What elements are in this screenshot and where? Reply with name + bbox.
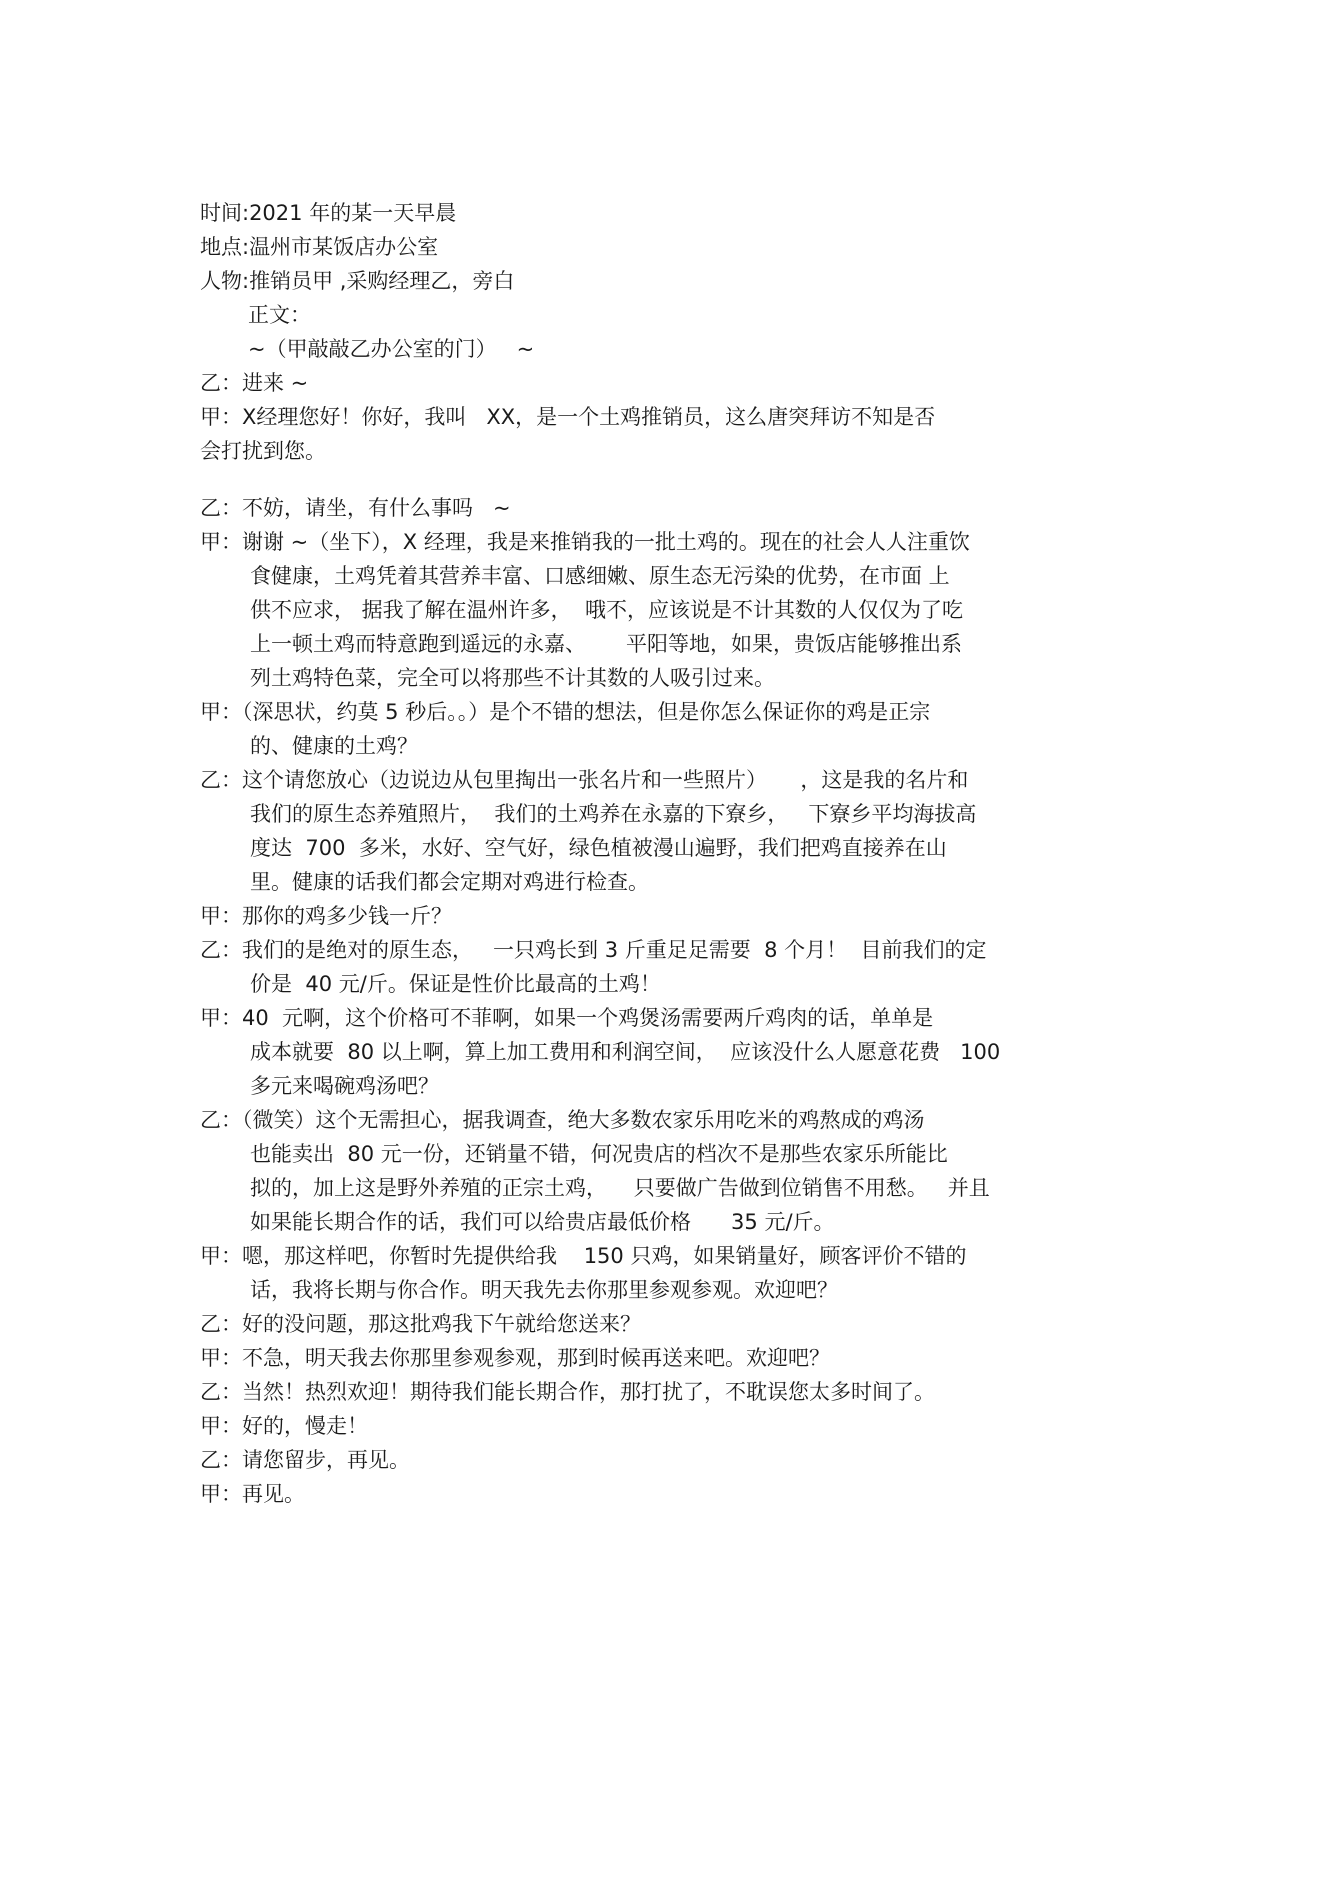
speaker-label: 甲： [200, 1482, 242, 1506]
dialogue-text: 不急，明天我去你那里参观参观，那到时候再送来吧。欢迎吧？ [242, 1346, 830, 1370]
speaker-label: 甲： [200, 1244, 242, 1268]
speaker-label: 乙： [200, 371, 242, 395]
dialogue: 乙：进来 ~甲：X经理您好！你好，我叫 XX，是一个土鸡推销员，这么唐突拜访不知… [200, 366, 1140, 1511]
dialogue-text: （深思状，约莫 5 秒后。。）是个不错的想法，但是你怎么保证你的鸡是正宗 [242, 700, 930, 724]
dialogue-text: 请您留步，再见。 [242, 1448, 410, 1472]
speaker-label: 甲： [200, 1346, 242, 1370]
dialogue-text: 那你的鸡多少钱一斤？ [242, 904, 452, 928]
dialogue-continuation: 也能卖出 80 元一份，还销量不错，何况贵店的档次不是那些农家乐所能比 [200, 1137, 1140, 1171]
dialogue-text: 好的没问题，那这批鸡我下午就给您送来？ [242, 1312, 641, 1336]
speaker-label: 乙： [200, 496, 242, 520]
dialogue-continuation: 我们的原生态养殖照片， 我们的土鸡养在永嘉的下寮乡， 下寮乡平均海拔高 [200, 797, 1140, 831]
dialogue-turn: 甲：再见。 [200, 1477, 1140, 1511]
stage-direction: ~（甲敲敲乙办公室的门） ~ [200, 332, 1140, 366]
dialogue-continuation: 如果能长期合作的话，我们可以给贵店最低价格 35 元/斤。 [200, 1205, 1140, 1239]
dialogue-text: （微笑）这个无需担心，据我调查，绝大多数农家乐用吃米的鸡熬成的鸡汤 [242, 1108, 925, 1132]
dialogue-turn: 甲：（深思状，约莫 5 秒后。。）是个不错的想法，但是你怎么保证你的鸡是正宗 [200, 695, 1140, 729]
dialogue-text: 再见。 [242, 1482, 305, 1506]
dialogue-turn: 甲：谢谢 ~（坐下），X 经理，我是来推销我的一批土鸡的。现在的社会人人注重饮 [200, 525, 1140, 559]
blank-line [200, 468, 1140, 491]
dialogue-continuation: 拟的，加上这是野外养殖的正宗土鸡， 只要做广告做到位销售不用愁。 并且 [200, 1171, 1140, 1205]
dialogue-turn: 乙：不妨，请坐，有什么事吗 ~ [200, 491, 1140, 525]
dialogue-turn: 甲：40 元啊，这个价格可不菲啊，如果一个鸡煲汤需要两斤鸡肉的话，单单是 [200, 1001, 1140, 1035]
dialogue-text: 不妨，请坐，有什么事吗 ~ [242, 496, 511, 520]
speaker-label: 甲： [200, 1006, 242, 1030]
dialogue-turn: 乙：进来 ~ [200, 366, 1140, 400]
dialogue-continuation: 度达 700 多米，水好、空气好，绿色植被漫山遍野，我们把鸡直接养在山 [200, 831, 1140, 865]
dialogue-turn: 乙：请您留步，再见。 [200, 1443, 1140, 1477]
speaker-label: 甲： [200, 405, 242, 429]
speaker-label: 乙： [200, 1312, 242, 1336]
dialogue-text: 进来 ~ [242, 371, 308, 395]
dialogue-continuation: 话，我将长期与你合作。明天我先去你那里参观参观。欢迎吧？ [200, 1273, 1140, 1307]
document-page: 时间:2021 年的某一天早晨 地点:温州市某饭店办公室 人物:推销员甲 ,采购… [200, 196, 1140, 1511]
dialogue-text: 谢谢 ~（坐下），X 经理，我是来推销我的一批土鸡的。现在的社会人人注重饮 [242, 530, 970, 554]
dialogue-turn: 乙：我们的是绝对的原生态， 一只鸡长到 3 斤重足足需要 8 个月！ 目前我们的… [200, 933, 1140, 967]
dialogue-continuation: 上一顿土鸡而特意跑到遥远的永嘉、 平阳等地，如果，贵饭店能够推出系 [200, 627, 1140, 661]
dialogue-continuation: 成本就要 80 以上啊，算上加工费用和利润空间， 应该没什么人愿意花费 100 [200, 1035, 1140, 1069]
dialogue-turn: 甲：那你的鸡多少钱一斤？ [200, 899, 1140, 933]
dialogue-continuation: 里。健康的话我们都会定期对鸡进行检查。 [200, 865, 1140, 899]
speaker-label: 甲： [200, 700, 242, 724]
time-line: 时间:2021 年的某一天早晨 [200, 196, 1140, 230]
speaker-label: 乙： [200, 768, 242, 792]
dialogue-text: 好的，慢走！ [242, 1414, 368, 1438]
place-line: 地点:温州市某饭店办公室 [200, 230, 1140, 264]
dialogue-turn: 甲：好的，慢走！ [200, 1409, 1140, 1443]
speaker-label: 乙： [200, 1448, 242, 1472]
dialogue-turn: 甲：不急，明天我去你那里参观参观，那到时候再送来吧。欢迎吧？ [200, 1341, 1140, 1375]
dialogue-continuation: 会打扰到您。 [200, 434, 1140, 468]
characters-line: 人物:推销员甲 ,采购经理乙，旁白 [200, 264, 1140, 298]
dialogue-continuation: 价是 40 元/斤。保证是性价比最高的土鸡！ [200, 967, 1140, 1001]
dialogue-text: 嗯，那这样吧，你暂时先提供给我 150 只鸡，如果销量好，顾客评价不错的 [242, 1244, 966, 1268]
dialogue-continuation: 的、健康的土鸡？ [200, 729, 1140, 763]
speaker-label: 乙： [200, 1108, 242, 1132]
dialogue-turn: 乙：当然！热烈欢迎！期待我们能长期合作，那打扰了，不耽误您太多时间了。 [200, 1375, 1140, 1409]
speaker-label: 甲： [200, 530, 242, 554]
speaker-label: 乙： [200, 938, 242, 962]
dialogue-text: 这个请您放心（边说边从包里掏出一张名片和一些照片） ，这是我的名片和 [242, 768, 968, 792]
dialogue-continuation: 供不应求， 据我了解在温州许多， 哦不，应该说是不计其数的人仅仅为了吃 [200, 593, 1140, 627]
dialogue-text: 我们的是绝对的原生态， 一只鸡长到 3 斤重足足需要 8 个月！ 目前我们的定 [242, 938, 986, 962]
dialogue-turn: 乙：这个请您放心（边说边从包里掏出一张名片和一些照片） ，这是我的名片和 [200, 763, 1140, 797]
speaker-label: 甲： [200, 1414, 242, 1438]
dialogue-turn: 甲：嗯，那这样吧，你暂时先提供给我 150 只鸡，如果销量好，顾客评价不错的 [200, 1239, 1140, 1273]
dialogue-turn: 乙：好的没问题，那这批鸡我下午就给您送来？ [200, 1307, 1140, 1341]
dialogue-continuation: 食健康，土鸡凭着其营养丰富、口感细嫩、原生态无污染的优势，在市面 上 [200, 559, 1140, 593]
speaker-label: 乙： [200, 1380, 242, 1404]
dialogue-turn: 乙：（微笑）这个无需担心，据我调查，绝大多数农家乐用吃米的鸡熬成的鸡汤 [200, 1103, 1140, 1137]
dialogue-turn: 甲：X经理您好！你好，我叫 XX，是一个土鸡推销员，这么唐突拜访不知是否 [200, 400, 1140, 434]
dialogue-text: 40 元啊，这个价格可不菲啊，如果一个鸡煲汤需要两斤鸡肉的话，单单是 [242, 1006, 933, 1030]
dialogue-continuation: 列土鸡特色菜，完全可以将那些不计其数的人吸引过来。 [200, 661, 1140, 695]
speaker-label: 甲： [200, 904, 242, 928]
dialogue-text: 当然！热烈欢迎！期待我们能长期合作，那打扰了，不耽误您太多时间了。 [242, 1380, 935, 1404]
body-label: 正文： [200, 298, 1140, 332]
dialogue-continuation: 多元来喝碗鸡汤吧？ [200, 1069, 1140, 1103]
dialogue-text: X经理您好！你好，我叫 XX，是一个土鸡推销员，这么唐突拜访不知是否 [242, 405, 935, 429]
